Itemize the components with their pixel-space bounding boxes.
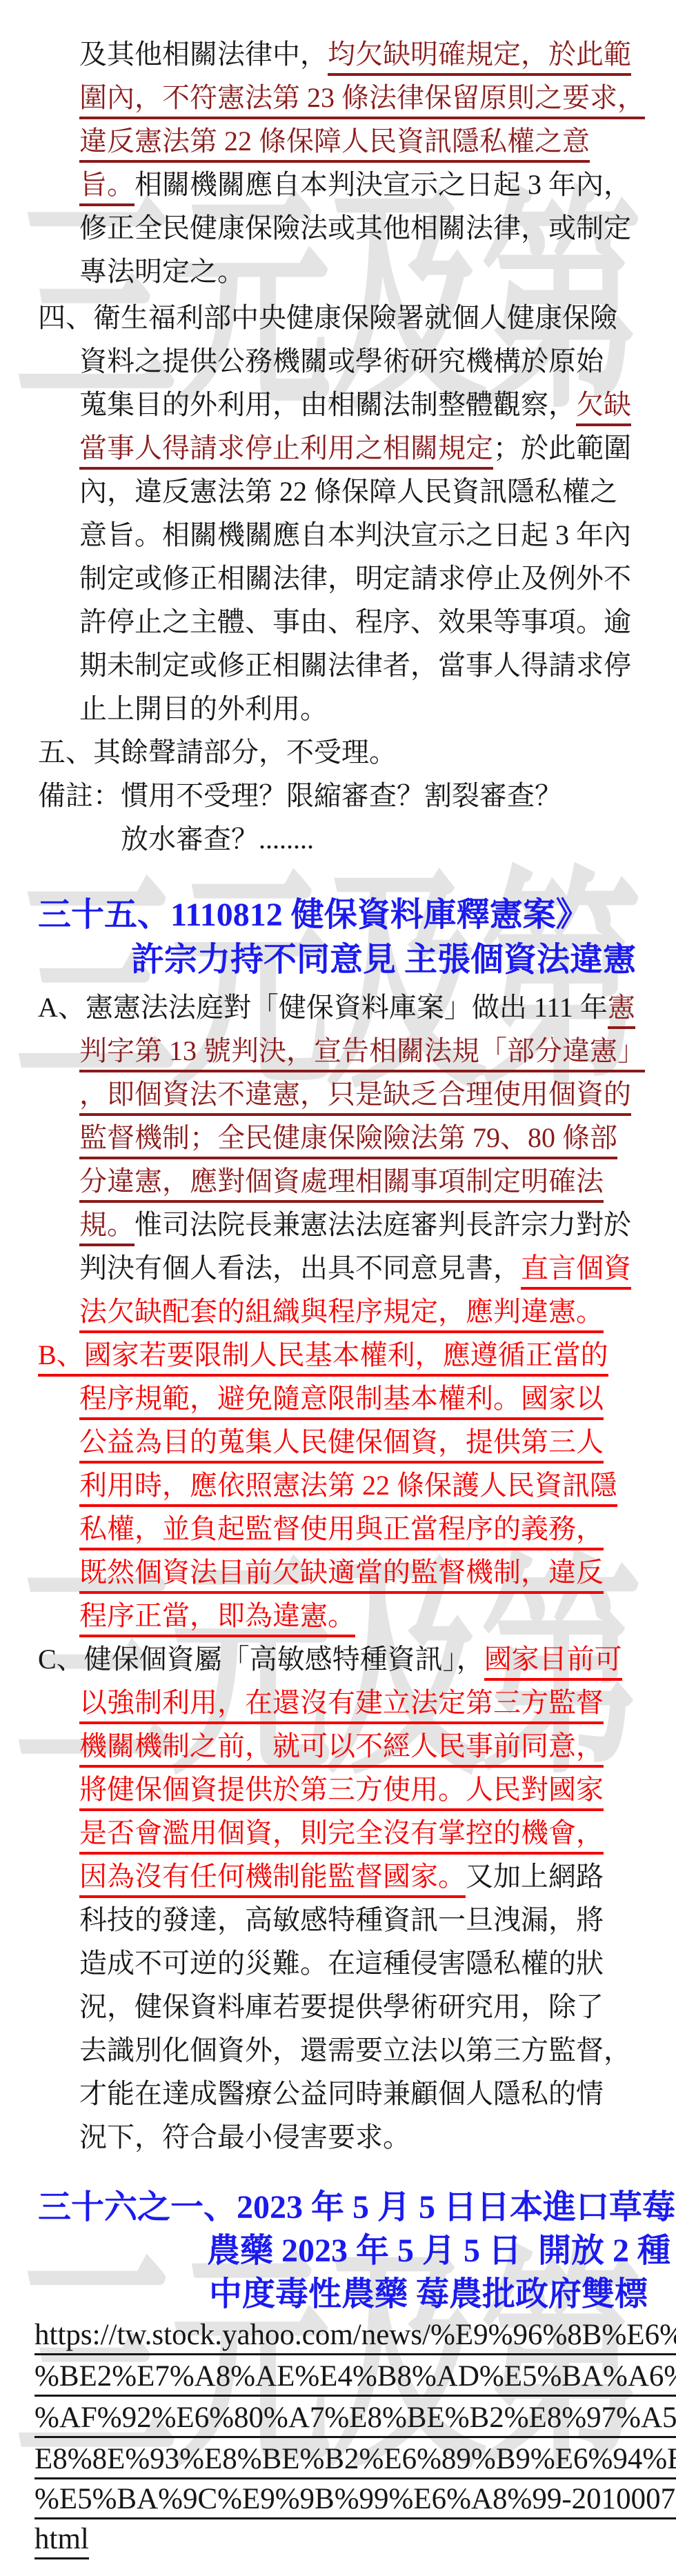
text-segment-red-underline: 將健保個資提供於第三方使用。人民對國家 xyxy=(79,1774,604,1811)
text-line: 四、衛生福利部中央健康保險署就個人健康保險 xyxy=(38,301,617,335)
text-segment-heading-blue: 許宗力持不同意見 主張個資法違憲 xyxy=(131,941,636,978)
text-segment-maroon-underline: 欠缺 xyxy=(576,389,631,426)
text-segment-body: 蒐集目的外利用，由相關法制整體觀察， xyxy=(79,389,576,420)
text-line: 旨。相關機關應自本判決宣示之日起 3 年內， xyxy=(79,168,631,201)
text-segment-maroon-underline: 憲 xyxy=(608,992,635,1029)
text-line: 制定或修正相關法律，明定請求停止及例外不 xyxy=(79,562,631,595)
text-line: 及其他相關法律中，均欠缺明確規定，於此範 xyxy=(79,38,631,71)
text-segment-heading-blue: 中度毒性農藥 莓農批政府雙標 xyxy=(209,2276,648,2313)
text-segment-red-underline: 既然個資法目前欠缺適當的監督機制，違反 xyxy=(79,1557,604,1594)
text-line: 監督機制；全民健康保險險法第 79、80 條部 xyxy=(79,1121,617,1155)
text-line: 私權，並負起監督使用與正當程序的義務， xyxy=(79,1512,604,1546)
text-line: 因為沒有任何機制能監督國家。又加上網路 xyxy=(79,1860,604,1893)
text-segment-body: 況下，符合最小侵害要求。 xyxy=(79,2121,410,2153)
text-segment-heading-blue: 農藥 2023 年 5 月 5 日 開放 2 種 xyxy=(207,2233,670,2269)
heading-line: 三十五、1110812 健保資料庫釋憲案》 xyxy=(38,895,589,935)
text-segment-red-underline: 是否會濫用個資，則完全沒有掌控的機會， xyxy=(79,1817,604,1855)
text-line: 許停止之主體、事由、程序、效果等事項。逾 xyxy=(79,606,631,639)
text-line: 以強制利用，在還沒有建立法定第三方監督 xyxy=(79,1686,604,1719)
text-line: 程序規範，避免隨意限制基本權利。國家以 xyxy=(79,1382,604,1415)
heading-line: 農藥 2023 年 5 月 5 日 開放 2 種 xyxy=(207,2231,670,2271)
text-line: 意旨。相關機關應自本判決宣示之日起 3 年內 xyxy=(79,519,631,552)
text-segment-body: 內，違反憲法第 22 條保障人民資訊隱私權之 xyxy=(79,476,617,507)
text-line: 去識別化個資外，還需要立法以第三方監督， xyxy=(79,2034,631,2067)
hyperlink-line[interactable]: E8%8E%93%E8%BE%B2%E6%89%B9%E6%94%BF xyxy=(34,2442,676,2477)
text-line: 內，違反憲法第 22 條保障人民資訊隱私權之 xyxy=(79,475,617,508)
text-line: 是否會濫用個資，則完全沒有掌控的機會， xyxy=(79,1817,604,1850)
text-line: 機關機制之前，就可以不經人民事前同意， xyxy=(79,1730,604,1763)
text-segment-url[interactable]: html xyxy=(34,2523,89,2559)
text-line: 五、其餘聲請部分，不受理。 xyxy=(38,736,397,769)
text-line: 止上開目的外利用。 xyxy=(79,692,328,726)
text-segment-body: 修正全民健康保險法或其他相關法律，或制定 xyxy=(79,212,631,243)
text-line: 蒐集目的外利用，由相關法制整體觀察，欠缺 xyxy=(79,388,631,421)
text-segment-body: 況，健保資料庫若要提供學術研究用，除了 xyxy=(79,1991,604,2022)
text-line: C、健保個資屬「高敏感特種資訊」，國家目前可 xyxy=(38,1643,622,1676)
text-segment-maroon-underline: 均欠缺明確規定，於此範 xyxy=(328,39,631,76)
text-segment-body: 才能在達成醫療公益同時兼顧個人隱私的情 xyxy=(79,2078,604,2109)
heading-line: 許宗力持不同意見 主張個資法違憲 xyxy=(131,940,636,980)
heading-line: 中度毒性農藥 莓農批政府雙標 xyxy=(209,2275,648,2315)
text-line: 造成不可逆的災難。在這種侵害隱私權的狀 xyxy=(79,1947,604,1980)
text-segment-url[interactable]: %E5%BA%9C%E9%9B%99%E6%A8%99-201000732. xyxy=(34,2483,676,2519)
text-line: 規。惟司法院長兼憲法法庭審判長許宗力對於 xyxy=(79,1208,631,1241)
text-line: 分違憲，應對個資處理相關事項制定明確法 xyxy=(79,1165,604,1198)
text-segment-body: 造成不可逆的災難。在這種侵害隱私權的狀 xyxy=(79,1948,604,1979)
hyperlink-line[interactable]: %AF%92%E6%80%A7%E8%BE%B2%E8%97%A5-% xyxy=(34,2400,676,2436)
text-line: B、國家若要限制人民基本權利，應遵循正當的 xyxy=(38,1339,608,1372)
text-segment-body: 四、衛生福利部中央健康保險署就個人健康保險 xyxy=(38,302,617,333)
text-segment-maroon-underline: ，即個資法不違憲，只是缺乏合理使用個資的 xyxy=(79,1079,631,1116)
text-segment-maroon-underline: 規。 xyxy=(79,1209,135,1246)
text-line: 將健保個資提供於第三方使用。人民對國家 xyxy=(79,1773,604,1806)
text-line: 判決有個人看法，出具不同意見書，直言個資 xyxy=(79,1252,631,1285)
text-segment-red-underline: 利用時，應依照憲法第 22 條保護人民資訊隱 xyxy=(79,1470,617,1507)
text-segment-body: 放水審查？........ xyxy=(121,823,314,855)
hyperlink-line[interactable]: %BE2%E7%A8%AE%E4%B8%AD%E5%BA%A6%E6 xyxy=(34,2359,676,2395)
text-segment-maroon-underline: 判字第 13 號判決，宣告相關法規「部分違憲」 xyxy=(79,1035,645,1072)
text-segment-body: 期未制定或修正相關法律者，當事人得請求停 xyxy=(79,650,631,681)
text-segment-red-underline: B、國家若要限制人民基本權利，應遵循正當的 xyxy=(38,1339,608,1377)
text-segment-body: 判決有個人看法，出具不同意見書， xyxy=(79,1252,521,1284)
text-line: 專法明定之。 xyxy=(79,255,245,288)
text-segment-body: 又加上網路 xyxy=(466,1861,604,1892)
text-segment-red-underline: 直言個資 xyxy=(521,1252,631,1290)
hyperlink-line[interactable]: html xyxy=(34,2522,89,2557)
text-segment-body: A、憲憲法法庭對「健保資料庫案」做出 111 年 xyxy=(38,992,608,1023)
text-segment-red-underline: 因為沒有任何機制能監督國家。 xyxy=(79,1861,466,1898)
text-line: 況，健保資料庫若要提供學術研究用，除了 xyxy=(79,1990,604,2024)
text-segment-body: 五、其餘聲請部分，不受理。 xyxy=(38,737,397,768)
text-line: 修正全民健康保險法或其他相關法律，或制定 xyxy=(79,212,631,245)
text-segment-body: 備註：慣用不受理？限縮審查？割裂審查？ xyxy=(38,780,562,811)
text-line: 法欠缺配套的組織與程序規定，應判違憲。 xyxy=(79,1295,604,1328)
text-segment-body: 制定或修正相關法律，明定請求停止及例外不 xyxy=(79,563,631,594)
text-segment-red-underline: 機關機制之前，就可以不經人民事前同意， xyxy=(79,1730,604,1768)
text-line: 備註：慣用不受理？限縮審查？割裂審查？ xyxy=(38,779,562,812)
text-segment-red-underline: 程序正當，即為違憲。 xyxy=(79,1600,355,1637)
text-segment-body: 意旨。相關機關應自本判決宣示之日起 3 年內 xyxy=(79,519,631,550)
text-segment-body: C、健保個資屬「高敏感特種資訊」， xyxy=(38,1644,484,1675)
text-line: 資料之提供公務機關或學術研究機構於原始 xyxy=(79,345,604,378)
text-line: ，即個資法不違憲，只是缺乏合理使用個資的 xyxy=(79,1078,631,1111)
text-segment-heading-blue: 三十六之一、2023 年 5 月 5 日日本進口草莓 xyxy=(38,2189,675,2226)
text-line: A、憲憲法法庭對「健保資料庫案」做出 111 年憲 xyxy=(38,991,635,1024)
text-line: 才能在達成醫療公益同時兼顧個人隱私的情 xyxy=(79,2077,604,2110)
text-line: 既然個資法目前欠缺適當的監督機制，違反 xyxy=(79,1556,604,1589)
text-line: 況下，符合最小侵害要求。 xyxy=(79,2121,410,2154)
text-line: 當事人得請求停止利用之相關規定；於此範圍 xyxy=(79,432,631,465)
text-segment-url[interactable]: %AF%92%E6%80%A7%E8%BE%B2%E8%97%A5-% xyxy=(34,2402,676,2438)
text-segment-maroon-underline: 當事人得請求停止利用之相關規定 xyxy=(79,432,493,470)
text-segment-maroon-underline: 違反憲法第 22 條保障人民資訊隱私權之意 xyxy=(79,126,590,163)
text-segment-body: 科技的發達，高敏感特種資訊一旦洩漏，將 xyxy=(79,1904,604,1935)
text-segment-body: 止上開目的外利用。 xyxy=(79,693,328,724)
text-segment-body: 專法明定之。 xyxy=(79,256,245,287)
text-segment-url[interactable]: %BE2%E7%A8%AE%E4%B8%AD%E5%BA%A6%E6 xyxy=(34,2360,676,2397)
text-line: 利用時，應依照憲法第 22 條保護人民資訊隱 xyxy=(79,1469,617,1502)
heading-line: 三十六之一、2023 年 5 月 5 日日本進口草莓 xyxy=(38,2188,675,2228)
text-segment-url[interactable]: https://tw.stock.yahoo.com/news/%E9%96%8… xyxy=(34,2319,676,2355)
text-line: 放水審查？........ xyxy=(121,823,314,856)
text-segment-maroon-underline: 旨。 xyxy=(79,169,135,206)
text-line: 期未制定或修正相關法律者，當事人得請求停 xyxy=(79,649,631,682)
text-segment-red-underline: 公益為目的蒐集人民健保個資，提供第三人 xyxy=(79,1426,604,1464)
text-segment-maroon-underline: 圍內，不符憲法第 23 條法律保留原則之要求， xyxy=(79,82,645,119)
text-segment-red-underline: 法欠缺配套的組織與程序規定，應判違憲。 xyxy=(79,1296,604,1333)
text-line: 判字第 13 號判決，宣告相關法規「部分違憲」 xyxy=(79,1035,645,1068)
text-segment-body: 及其他相關法律中， xyxy=(79,39,328,70)
text-segment-body: 去識別化個資外，還需要立法以第三方監督， xyxy=(79,2035,631,2066)
text-line: 程序正當，即為違憲。 xyxy=(79,1599,355,1633)
text-segment-red-underline: 程序規範，避免隨意限制基本權利。國家以 xyxy=(79,1383,604,1420)
text-segment-body: ；於此範圍 xyxy=(493,432,631,463)
text-segment-maroon-underline: 監督機制；全民健康保險險法第 79、80 條部 xyxy=(79,1122,617,1159)
text-segment-heading-blue: 三十五、1110812 健保資料庫釋憲案》 xyxy=(38,897,589,933)
text-line: 圍內，不符憲法第 23 條法律保留原則之要求， xyxy=(79,81,645,114)
text-line: 科技的發達，高敏感特種資訊一旦洩漏，將 xyxy=(79,1904,604,1937)
text-segment-url[interactable]: E8%8E%93%E8%BE%B2%E6%89%B9%E6%94%BF xyxy=(34,2443,676,2479)
text-segment-red-underline: 以強制利用，在還沒有建立法定第三方監督 xyxy=(79,1687,604,1724)
text-segment-red-underline: 私權，並負起監督使用與正當程序的義務， xyxy=(79,1513,604,1550)
text-line: 公益為目的蒐集人民健保個資，提供第三人 xyxy=(79,1426,604,1459)
text-segment-body: 惟司法院長兼憲法法庭審判長許宗力對於 xyxy=(135,1209,631,1240)
text-line: 違反憲法第 22 條保障人民資訊隱私權之意 xyxy=(79,125,590,158)
text-segment-body: 相關機關應自本判決宣示之日起 3 年內， xyxy=(135,169,631,200)
text-segment-maroon-underline: 分違憲，應對個資處理相關事項制定明確法 xyxy=(79,1166,604,1203)
text-segment-body: 許停止之主體、事由、程序、效果等事項。逾 xyxy=(79,606,631,637)
document-page: 三元及第 三元及第 三元及第 三元及第 及其他相關法律中，均欠缺明確規定，於此範… xyxy=(0,0,676,2576)
text-segment-body: 資料之提供公務機關或學術研究機構於原始 xyxy=(79,346,604,377)
text-segment-red-underline: 國家目前可 xyxy=(484,1644,622,1681)
hyperlink-line[interactable]: %E5%BA%9C%E9%9B%99%E6%A8%99-201000732. xyxy=(34,2482,676,2517)
hyperlink-line[interactable]: https://tw.stock.yahoo.com/news/%E9%96%8… xyxy=(34,2317,676,2353)
